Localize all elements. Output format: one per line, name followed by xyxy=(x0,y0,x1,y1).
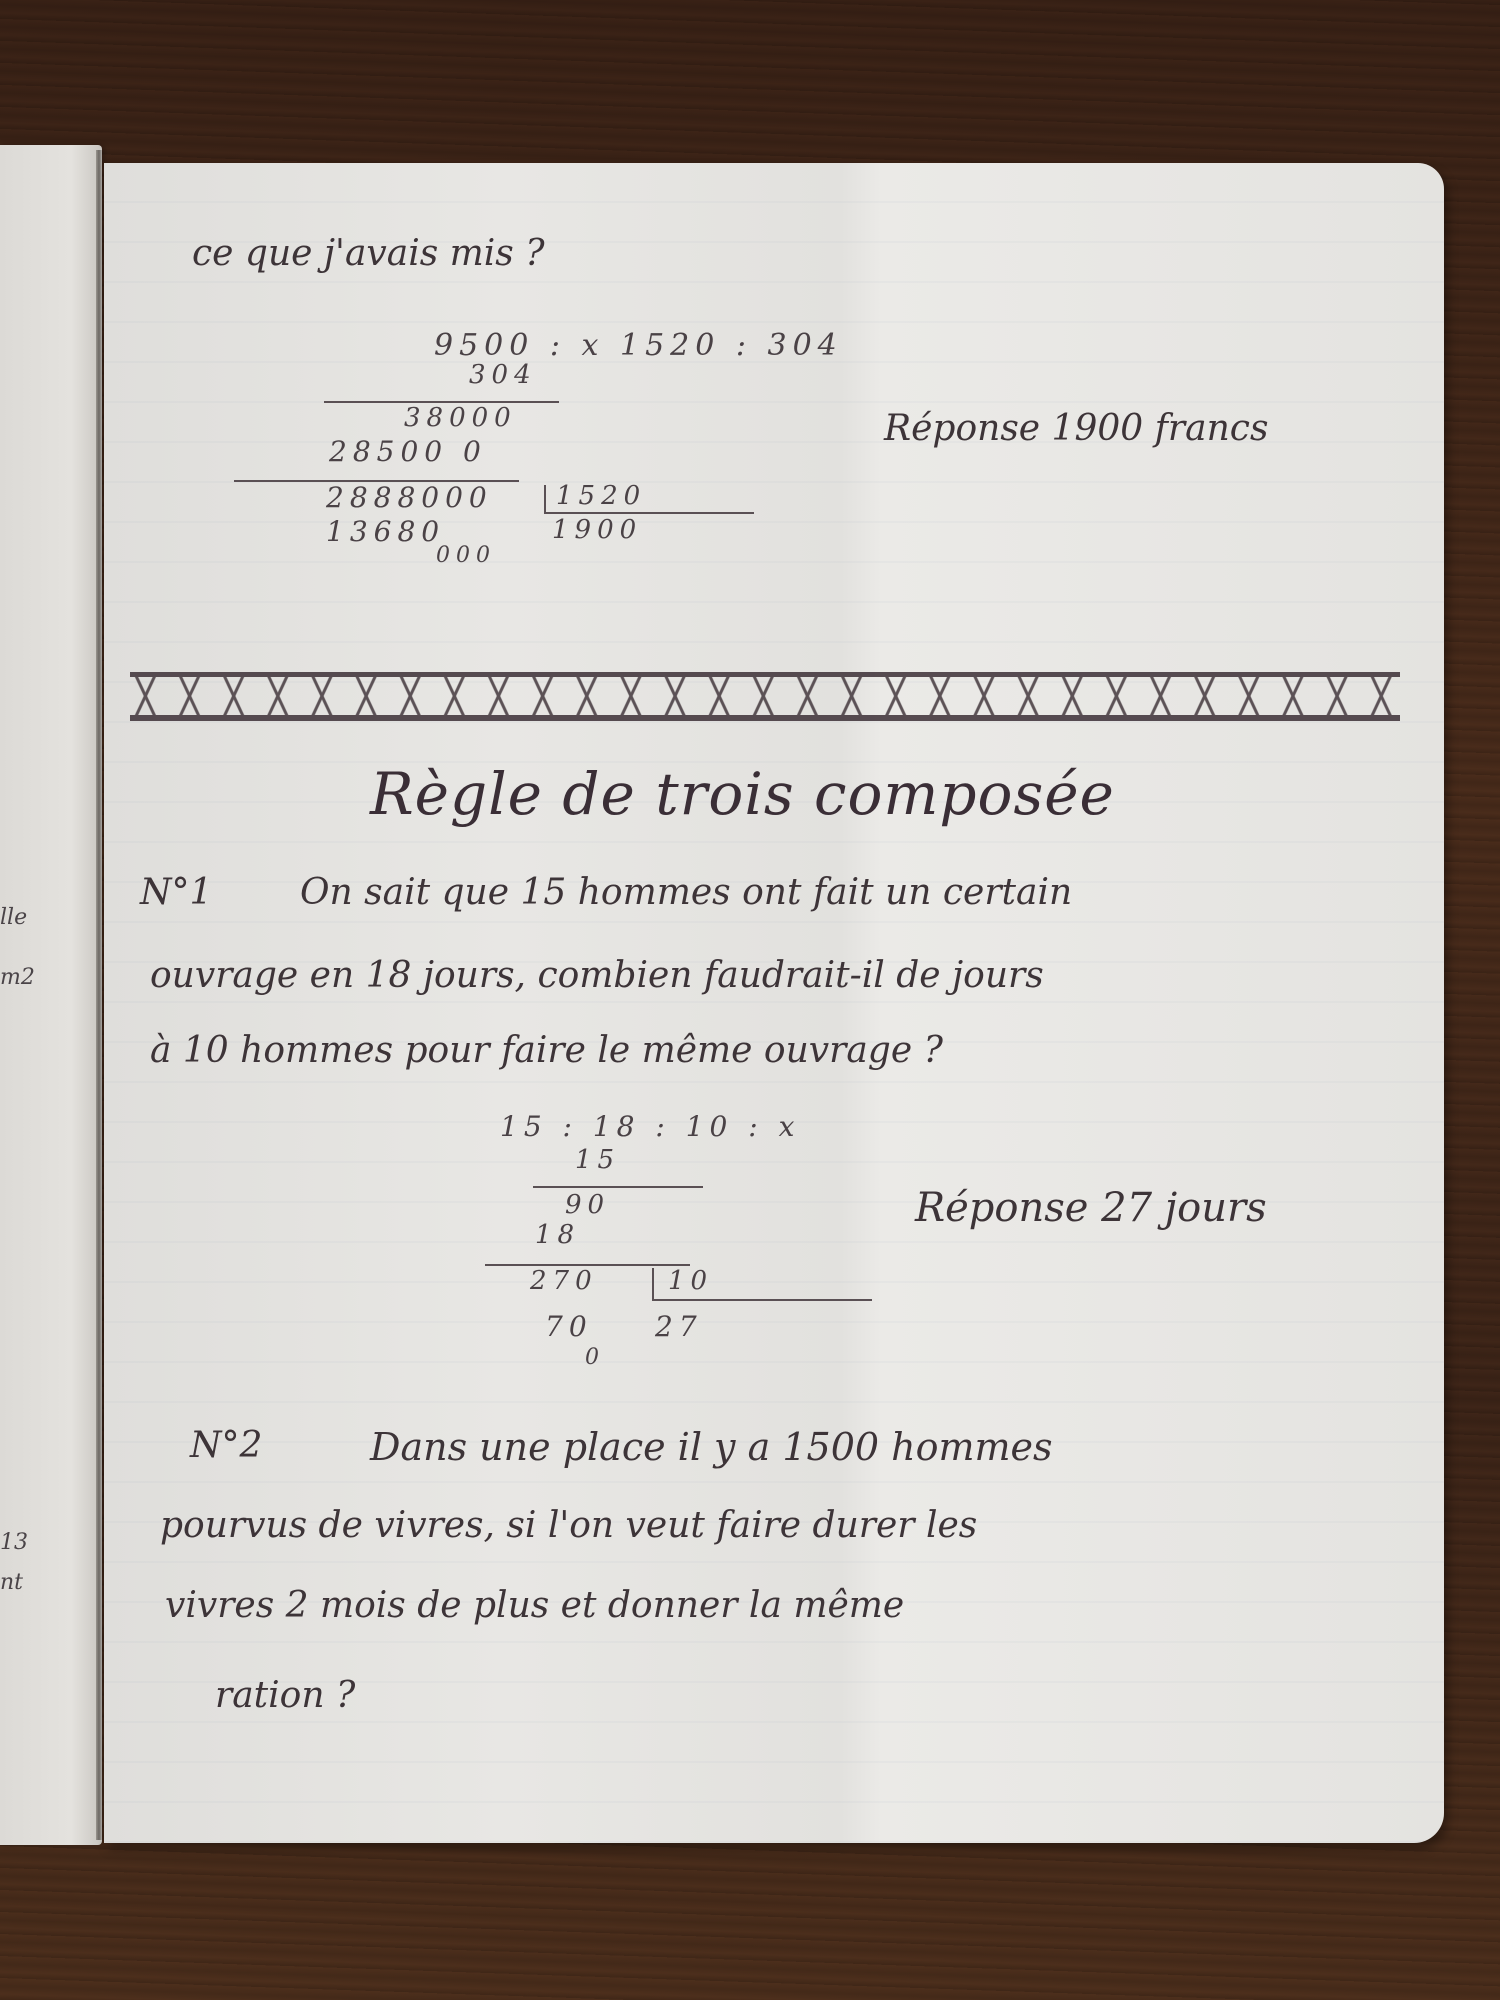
remainder-2: 0 xyxy=(585,1345,605,1370)
division-rule xyxy=(544,512,754,514)
divisor: 1520 xyxy=(556,481,646,511)
divisor: 10 xyxy=(668,1266,713,1296)
problem-text-line: On sait que 15 hommes ont fait un certai… xyxy=(300,872,1072,913)
division-bar xyxy=(652,1268,654,1300)
partial-product-2: 18 xyxy=(535,1220,580,1250)
multiplier: 304 xyxy=(469,360,537,390)
notebook-spine xyxy=(96,150,102,1840)
product: 2888000 xyxy=(326,481,493,514)
partial-product-1: 90 xyxy=(565,1190,610,1220)
previous-answer: Réponse 1900 francs xyxy=(884,408,1268,449)
margin-fragment: m2 xyxy=(0,965,35,990)
problem-text-line: ouvrage en 18 jours, combien faudrait-il… xyxy=(150,955,1044,996)
problem-text-line: vivres 2 mois de plus et donner la même xyxy=(165,1585,904,1626)
division-rule xyxy=(652,1299,872,1301)
proportion: 15 : 18 : 10 : x xyxy=(500,1110,800,1143)
problem-text-line: pourvus de vivres, si l'on veut faire du… xyxy=(160,1505,977,1546)
margin-fragment: nt xyxy=(0,1570,23,1595)
closing-question: ce que j'avais mis ? xyxy=(192,233,545,274)
product: 270 xyxy=(530,1266,598,1296)
partial-product-1: 38000 xyxy=(404,403,517,433)
remainder-1: 70 xyxy=(545,1310,593,1343)
problem-number: N°1 xyxy=(140,872,212,913)
margin-fragment: 13 xyxy=(0,1530,28,1555)
partial-product-2: 28500 0 xyxy=(329,435,487,468)
left-page: lle m2 13 nt xyxy=(0,145,102,1845)
margin-fragment: lle xyxy=(0,905,27,930)
rule xyxy=(533,1186,703,1188)
problem-text-line: à 10 hommes pour faire le même ouvrage ? xyxy=(150,1030,943,1071)
problem-text-line: Dans une place il y a 1500 hommes xyxy=(370,1425,1053,1469)
division-bar xyxy=(544,485,546,513)
proportion: 9500 : x 1520 : 304 xyxy=(434,328,843,363)
problem-text-line: ration ? xyxy=(215,1675,355,1716)
quotient: 1900 xyxy=(552,515,642,545)
problem-1-answer: Réponse 27 jours xyxy=(915,1185,1267,1231)
section-title: Règle de trois composée xyxy=(370,760,1115,828)
quotient: 27 xyxy=(655,1310,703,1343)
remainder-2: 000 xyxy=(436,543,496,568)
remainder-1: 13680 xyxy=(326,515,445,548)
problem-number: N°2 xyxy=(190,1425,262,1466)
multiplier: 15 xyxy=(575,1145,620,1175)
decorative-border xyxy=(130,672,1400,721)
